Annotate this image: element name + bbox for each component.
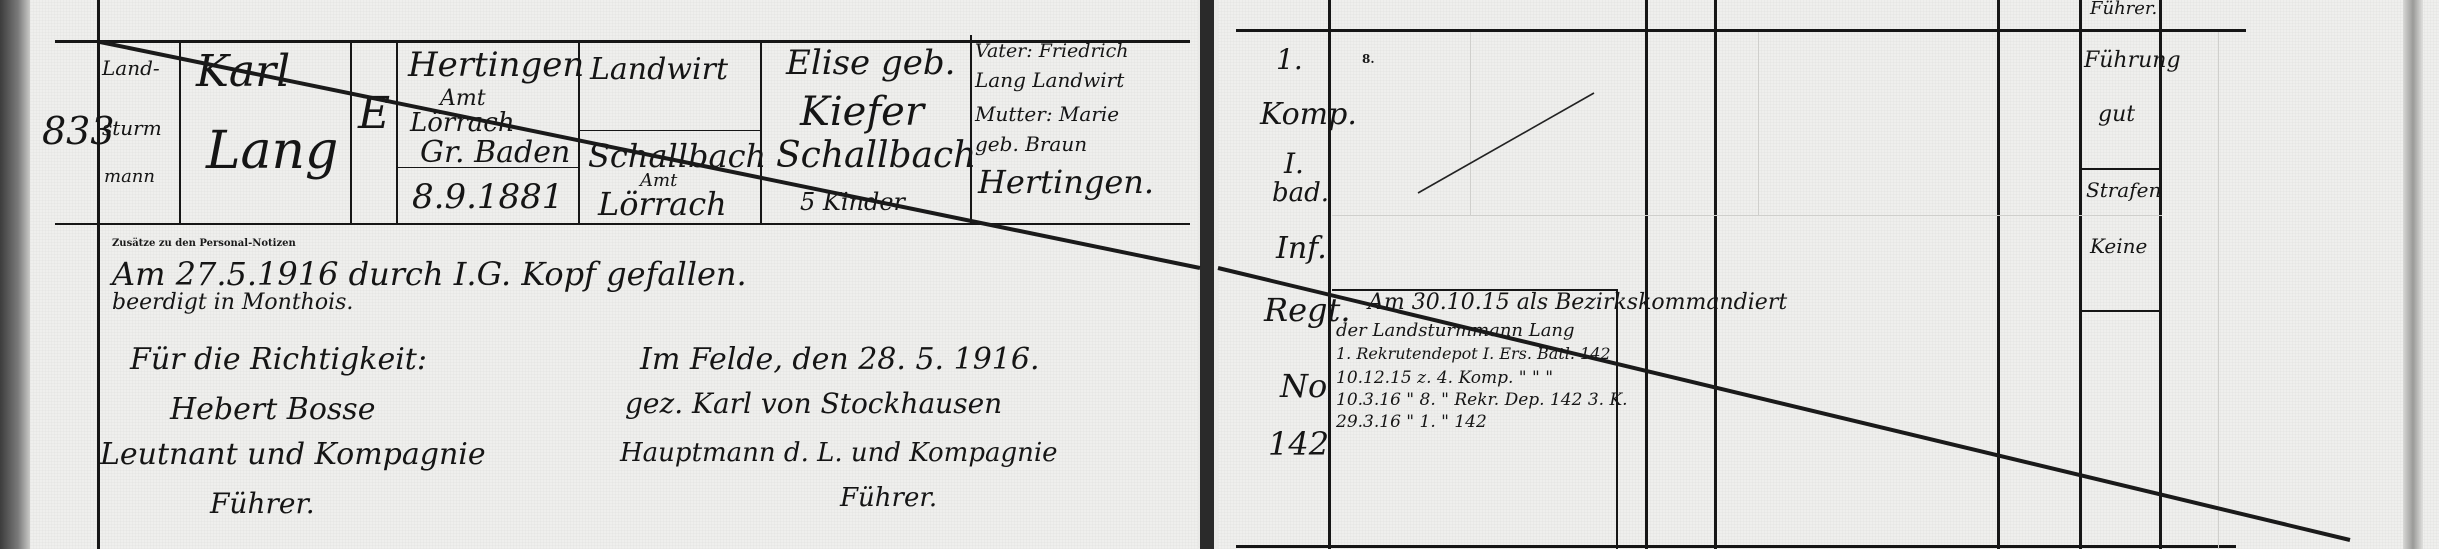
religion: E xyxy=(358,92,390,136)
given-name: Karl xyxy=(196,50,290,94)
faint-grid-v2 xyxy=(1758,32,1759,215)
birthplace-line-2: Amt xyxy=(440,88,486,110)
cert-right-signature: gez. Karl von Stockhausen xyxy=(625,390,1002,418)
right-col-rule-3 xyxy=(1997,0,2000,549)
unit-line-1: 1. xyxy=(1276,46,1303,74)
notes-line-2: beerdigt in Monthois. xyxy=(112,292,353,314)
cert-left-line-1: Für die Richtigkeit: xyxy=(130,345,427,375)
history-line-1: Am 30.10.15 als Bezirkskommandiert xyxy=(1368,292,1787,314)
col-rule-2 xyxy=(179,42,181,224)
right-col-rule-5 xyxy=(2159,0,2162,549)
parents-line-3: Mutter: Marie xyxy=(975,104,1119,124)
right-col-rule-2 xyxy=(1714,0,1717,549)
left-page: 833 Land- sturm mann Karl Lang E Herting… xyxy=(0,0,1198,549)
unit-line-7: No xyxy=(1280,370,1327,402)
unit-line-5: Inf. xyxy=(1276,234,1327,264)
wife-line-4: 5 Kinder xyxy=(800,190,905,214)
history-line-2: der Landsturmmann Lang xyxy=(1336,322,1575,340)
right-page: 1. Komp. I. bad. Inf. Regt. No 142 8. Am… xyxy=(1218,0,2439,549)
notes-line-1: Am 27.5.1916 durch I.G. Kopf gefallen. xyxy=(112,258,747,290)
conduct-divider xyxy=(2082,168,2160,170)
parents-line-5: Hertingen. xyxy=(978,166,1154,198)
unit-line-3: I. xyxy=(1284,150,1304,178)
blank-dash-mark xyxy=(1218,0,2439,549)
printed-marker: 8. xyxy=(1362,52,1375,66)
wife-line-2: Kiefer xyxy=(800,92,924,132)
punishment-value: Keine xyxy=(2090,236,2147,256)
top-fragment: Führer. xyxy=(2090,0,2157,18)
faint-grid-v3 xyxy=(2218,32,2219,549)
col-rule-4 xyxy=(396,42,398,224)
unit-line-8: 142 xyxy=(1268,428,1329,460)
birth-date: 8.9.1881 xyxy=(412,180,563,214)
col-rule-3 xyxy=(350,42,352,224)
cert-right-title-2: Führer. xyxy=(840,485,937,511)
cert-left-title-2: Führer. xyxy=(210,490,315,518)
conduct-label: Führung xyxy=(2084,50,2181,72)
residence-line-3: Lörrach xyxy=(598,188,727,220)
rank-line-3: mann xyxy=(104,168,155,186)
occupation: Landwirt xyxy=(590,55,728,85)
history-line-5: 10.3.16 " 8. " Rekr. Dep. 142 3. K. xyxy=(1336,392,1628,409)
parents-line-4: geb. Braun xyxy=(975,134,1087,154)
punishment-divider xyxy=(2082,310,2162,312)
unit-col-rule xyxy=(1328,0,1331,549)
parents-line-1: Vater: Friedrich xyxy=(975,42,1129,61)
top-col-rule xyxy=(97,0,99,42)
right-header-rule xyxy=(1236,29,2246,32)
cert-right-date: Im Felde, den 28. 5. 1916. xyxy=(640,345,1040,375)
cert-left-title: Leutnant und Kompagnie xyxy=(100,440,486,470)
col-rule-6 xyxy=(760,42,762,224)
right-col-rule-1 xyxy=(1645,0,1648,549)
residence-line-1: Schallbach xyxy=(588,140,766,172)
row-bottom-rule xyxy=(55,223,1190,225)
wife-line-1: Elise geb. xyxy=(786,46,955,80)
wife-line-3: Schallbach xyxy=(776,138,976,174)
unit-line-4: bad. xyxy=(1272,180,1329,206)
punishment-label: Strafen xyxy=(2086,180,2161,200)
right-bottom-rule xyxy=(1236,545,2236,548)
unit-line-2: Komp. xyxy=(1260,100,1357,130)
surname: Lang xyxy=(206,125,338,177)
faint-grid-v1 xyxy=(1470,32,1471,215)
rank-line-1: Land- xyxy=(102,58,160,78)
conduct-value: gut xyxy=(2098,104,2135,126)
history-line-4: 10.12.15 z. 4. Komp. " " " xyxy=(1336,370,1553,387)
history-right-rule xyxy=(1616,289,1618,549)
binding-edge xyxy=(0,0,30,549)
occupation-divider xyxy=(580,130,760,131)
cert-right-title: Hauptmann d. L. und Kompagnie xyxy=(620,440,1058,466)
history-line-6: 29.3.16 " 1. " 142 xyxy=(1336,414,1487,431)
faint-grid-h1 xyxy=(1332,215,2162,216)
col-rule-7 xyxy=(970,35,972,224)
parents-line-2: Lang Landwirt xyxy=(975,70,1124,90)
birthplace-line-1: Hertingen xyxy=(408,48,584,82)
cert-left-signature: Hebert Bosse xyxy=(170,395,375,425)
page-edge-shadow xyxy=(2403,0,2423,549)
notes-header: Zusätze zu den Personal-Notizen xyxy=(112,238,296,249)
birthplace-line-3: Lörrach xyxy=(410,110,515,136)
rank-line-2: sturm xyxy=(102,118,162,138)
birthplace-line-4: Gr. Baden xyxy=(420,138,570,168)
right-col-rule-4 xyxy=(2079,0,2082,549)
history-line-3: 1. Rekrutendepot I. Ers. Batl. 142 xyxy=(1336,346,1611,362)
book-spine xyxy=(1200,0,1214,549)
